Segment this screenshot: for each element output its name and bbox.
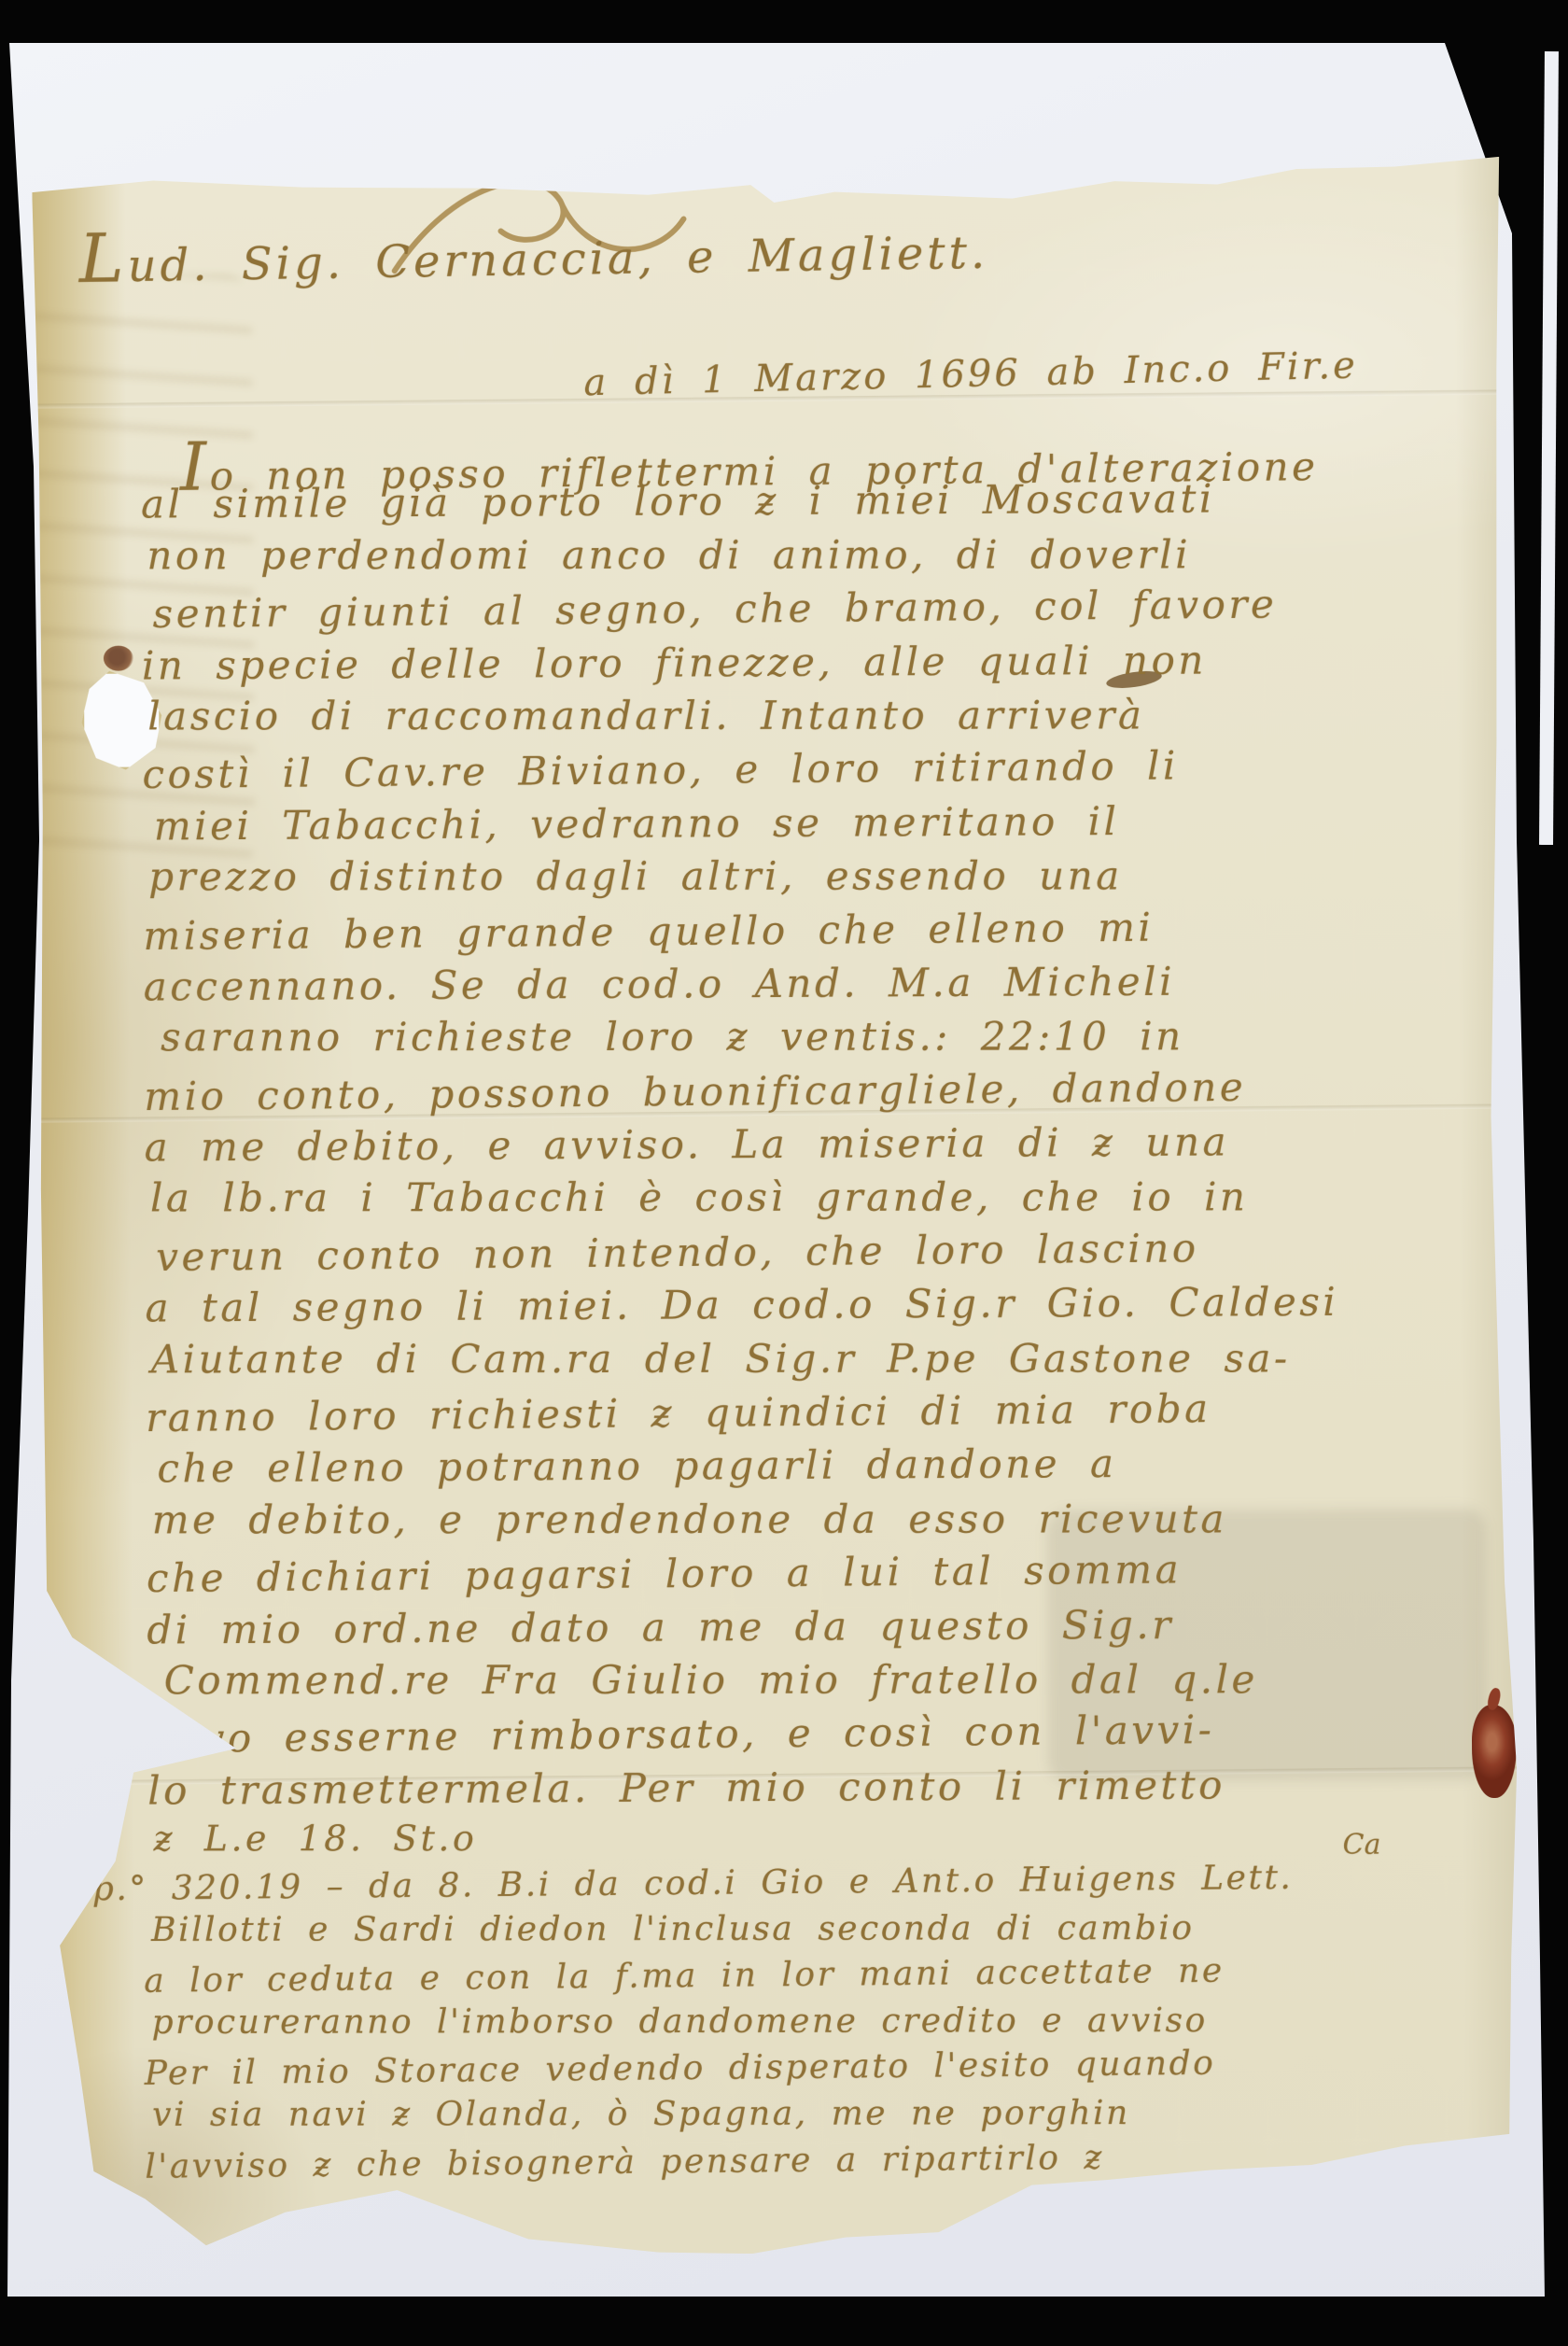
- letter-line: devo esserne rimborsato, e così con l'av…: [147, 1707, 1499, 1773]
- postscript-line: procureranno l'imborso dandomene credito…: [152, 2002, 1519, 2051]
- letter-line: a me debito, e avviso. La miseria di ƶ u…: [145, 1120, 1496, 1181]
- ink-stain: [104, 646, 133, 671]
- letter-line: a tal segno li miei. Da cod.o Sig.r Gio.…: [145, 1281, 1496, 1342]
- letter-line: Aiutante di Cam.ra del Sig.r P.pe Gaston…: [151, 1338, 1503, 1393]
- letter-line: che dichiari pagarsi loro a lui tal somm…: [147, 1547, 1498, 1612]
- letter-line: in specie delle loro finezze, alle quali…: [142, 639, 1493, 699]
- letter-line: lo trasmettermela. Per mio conto li rime…: [147, 1763, 1499, 1824]
- letter-paper-sheet: Lud. Sig. Cernaccia, e Magliett. a dì 1 …: [32, 155, 1519, 2258]
- interlinear-note: Ca: [1342, 1829, 1380, 1861]
- letter-line: accennano. Se da cod.o And. M.a Micheli: [144, 960, 1495, 1020]
- letter-line: ranno loro richiesti ƶ quindici di mia r…: [146, 1385, 1497, 1451]
- letter-line: lascio di raccomandarli. Intanto arriver…: [147, 695, 1499, 750]
- letter-line: saranno richieste loro ƶ ventis.: 22:10 …: [161, 1016, 1501, 1071]
- letter-line: non perdendomi anco di animo, di doverli: [147, 534, 1498, 589]
- postscript-line: vi sia navi ƶ Olanda, ò Spagna, me ne po…: [152, 2095, 1519, 2143]
- postscript: p.° 320.19 – da 8. B.i da cod.i Gio e An…: [144, 1861, 1513, 2193]
- letter-line: Io non posso riflettermi a porta d'alter…: [180, 422, 1492, 487]
- postscript-line: Billotti e Sardi diedon l'inclusa second…: [151, 1910, 1519, 1959]
- letter-line: prezzo distinto dagli altri, essendo una: [148, 855, 1500, 910]
- letter-line: miei Tabacchi, vedranno se meritano il: [154, 799, 1494, 860]
- letter-line: sentir giunti al segno, che bramo, col f…: [152, 583, 1492, 648]
- letter-line: me debito, e prendendone da esso ricevut…: [152, 1498, 1504, 1553]
- letter-line: la lb.ra i Tabacchi è così grande, che i…: [150, 1177, 1502, 1232]
- letter-line: che elleno potranno pagarli dandone a: [157, 1441, 1497, 1502]
- letter-line: mio conto, possono buonificargliele, dan…: [144, 1064, 1495, 1130]
- backdrop-edge-sliver: [1539, 51, 1559, 845]
- letter-line: miseria ben grande quello che elleno mi: [143, 904, 1494, 969]
- salutation: Lud. Sig. Cernaccia, e Magliett.: [78, 211, 988, 292]
- letter-line: Commend.re Fra Giulio mio fratello dal q…: [164, 1659, 1505, 1714]
- letter-body: Io non posso riflettermi a porta d'alter…: [141, 424, 1500, 1877]
- photo-canvas: { "palette": { "frame_black": "#050505",…: [0, 0, 1568, 2346]
- letter-line: di mio ord.ne dato a me da questo Sig.r: [147, 1603, 1498, 1664]
- letter-line: costì il Cav.re Biviano, e loro ritirand…: [142, 743, 1493, 808]
